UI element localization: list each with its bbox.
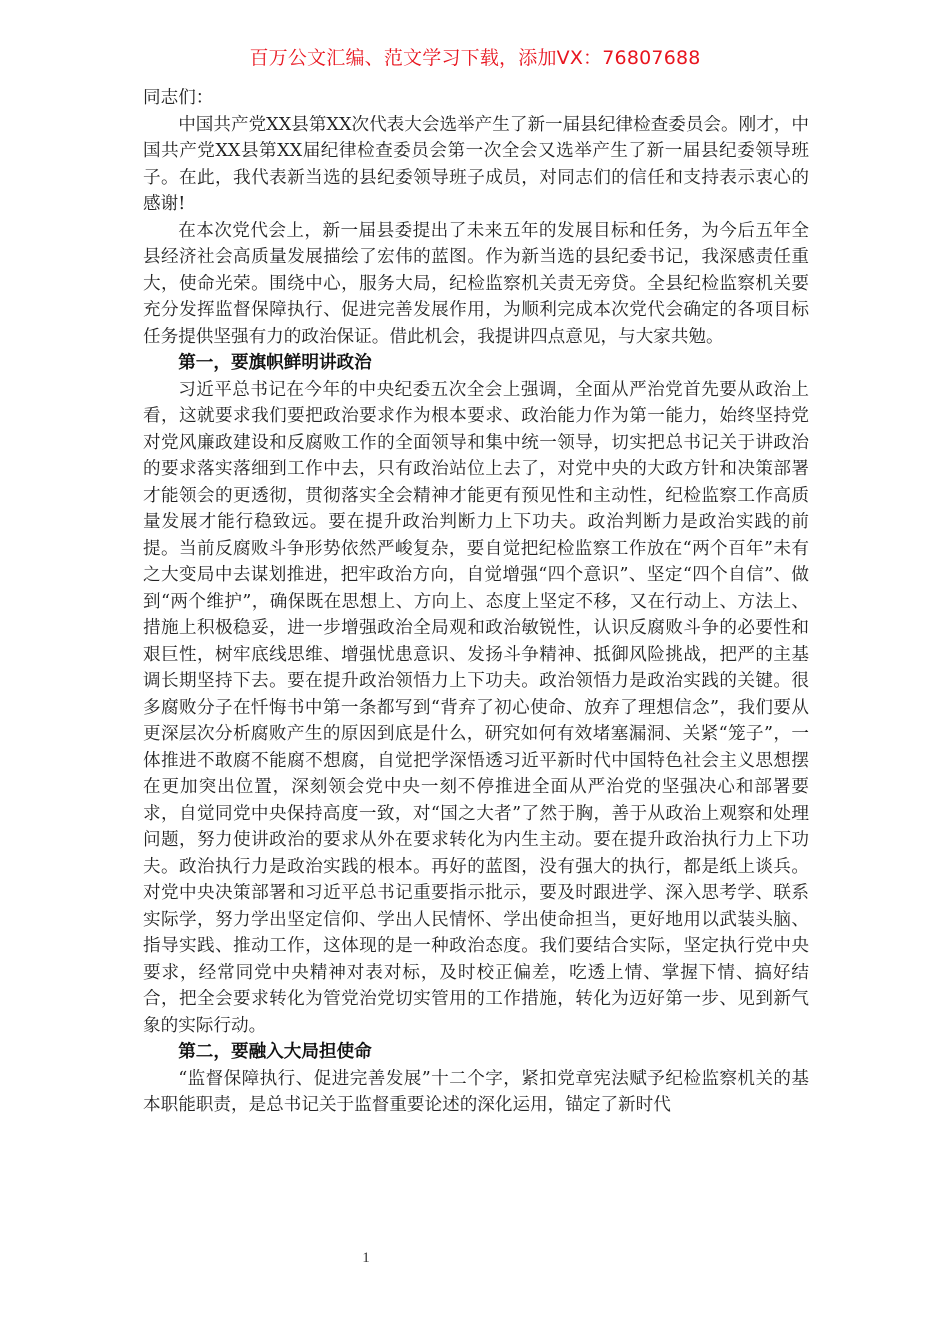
document-body: 同志们： 中国共产党XX县第XX次代表大会选举产生了新一届县纪律检查委员会。刚才…	[143, 85, 809, 1119]
intro-paragraph-2: 在本次党代会上，新一届县委提出了未来五年的发展目标和任务，为今后五年全县经济社会…	[143, 218, 809, 351]
page-number: 1	[0, 1250, 732, 1267]
section-heading-2: 第二，要融入大局担使命	[143, 1039, 809, 1066]
salutation: 同志们：	[143, 85, 809, 112]
section-2-paragraph: “监督保障执行、促进完善发展”十二个字，紧扣党章宪法赋予纪检监察机关的基本职能职…	[143, 1066, 809, 1119]
document-page: 百万公文汇编、范文学习下载，添加VX：76807688 同志们： 中国共产党XX…	[0, 0, 950, 1344]
promo-banner: 百万公文汇编、范文学习下载，添加VX：76807688	[0, 44, 950, 72]
intro-paragraph-1: 中国共产党XX县第XX次代表大会选举产生了新一届县纪律检查委员会。刚才，中国共产…	[143, 112, 809, 218]
section-heading-1: 第一，要旗帜鲜明讲政治	[143, 350, 809, 377]
section-1-paragraph: 习近平总书记在今年的中央纪委五次全会上强调，全面从严治党首先要从政治上看，这就要…	[143, 377, 809, 1040]
